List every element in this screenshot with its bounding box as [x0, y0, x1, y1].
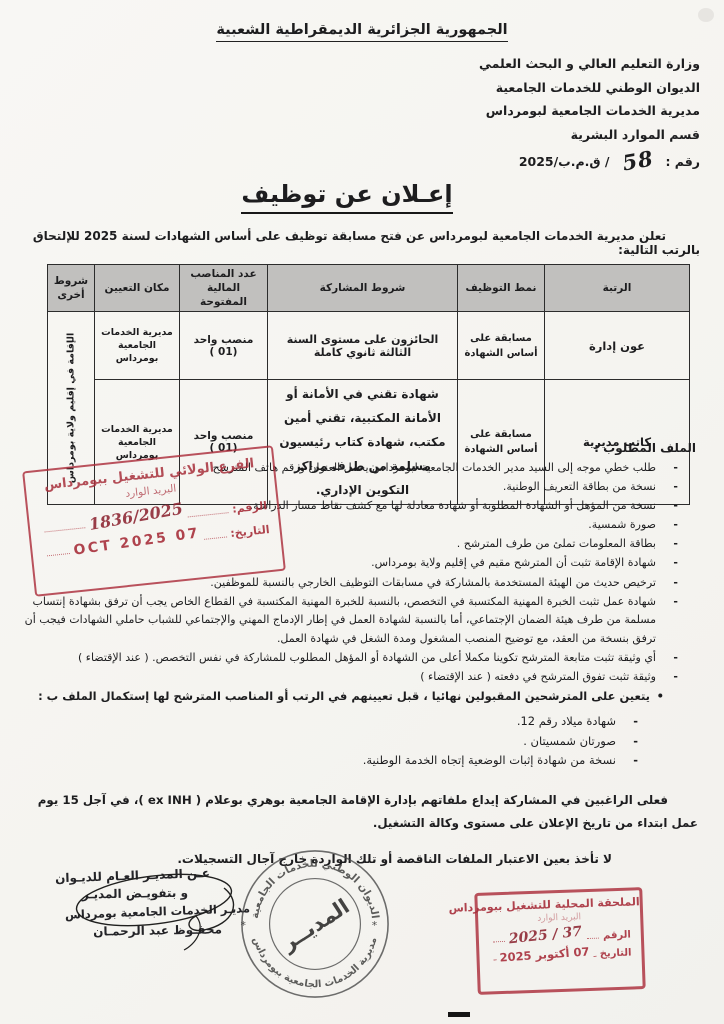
stamp-number-row: الرقم 37 / 2025 — [479, 924, 641, 946]
ref-suffix: / ق.م.ب/2025 — [519, 154, 610, 169]
stamp-date-label: التاريخ — [600, 948, 632, 960]
dotted-leader — [587, 938, 599, 939]
round-stamp-star-right: * — [372, 919, 378, 932]
header-rank: الرتبة — [545, 265, 690, 312]
director-round-stamp: الديوان الوطني للخدمات الجامعية مديرية ا… — [236, 845, 394, 1003]
signature-name: محفـوظ عبد الرحمـان — [38, 922, 222, 939]
ref-number-handwritten: 58 — [620, 146, 655, 175]
list-item: نسخة من شهادة إثبات الوضعية إتجاه الخدمة… — [20, 751, 664, 771]
final-requirements-heading: يتعين على المترشحين المقبولين نهائيا ، ق… — [20, 689, 664, 703]
header-location: مكان التعيين — [95, 265, 180, 312]
header-mode: نمط التوظيف — [458, 265, 545, 312]
rank-cell: عون إدارة — [545, 312, 690, 380]
page-mark — [448, 1012, 470, 1017]
list-item: وثيقة تثبت تفوق المترشح في دفعته ( عند ا… — [16, 668, 680, 687]
directorate-line: مديرية الخدمات الجامعية لبومرداس — [479, 99, 700, 123]
stamp-date-value: 07 أكتوبر 2025 — [499, 944, 590, 964]
incoming-mail-stamp-top: الفرع الولائي للتشغيل ببومرداس البريد ال… — [22, 445, 286, 597]
list-item: شهادة عمل تثبت الخبرة المهنية المكتسبة ف… — [16, 593, 680, 649]
stamp-number-label: الرقم — [603, 930, 631, 942]
list-item: صورتان شمسيتان . — [20, 732, 664, 752]
header-conditions: شروط المشاركة — [268, 265, 458, 312]
conditions-cell: الحائزون على مستوى السنة الثالثة ثانوي ك… — [268, 312, 458, 380]
positions-cell: منصب واحد (01 ) — [180, 312, 268, 380]
national-office-line: الديوان الوطني للخدمات الجامعية — [479, 76, 700, 100]
required-file-heading: الملف المطلوب : — [594, 441, 696, 455]
signature-block: عـن المديـر العـام للديـوان و بتفويـض ال… — [38, 869, 250, 938]
signature-line: و بتفويـض المديـر — [38, 886, 188, 903]
dotted-leader — [493, 941, 505, 942]
scan-smudge — [698, 8, 714, 22]
dotted-leader — [44, 527, 85, 532]
final-requirements-section: يتعين على المترشحين المقبولين نهائيا ، ق… — [20, 689, 664, 771]
deposit-paragraph: فعلى الراغبين في المشاركة إيداع ملفاتهم … — [26, 789, 698, 835]
dotted-leader — [188, 512, 229, 517]
dotted-leader — [594, 956, 596, 957]
header-other: شروط أخرى — [48, 265, 95, 312]
round-stamp-center-text: المديــر — [276, 894, 353, 956]
mode-cell: مسابقة على أساس الشهادة — [458, 312, 545, 380]
dotted-leader — [47, 553, 70, 556]
stamp-date-row: التاريخ 07 أكتوبر 2025 — [479, 944, 641, 964]
dotted-leader — [494, 959, 496, 960]
hr-department-line: قسم الموارد البشرية — [479, 123, 700, 147]
reference-number-line: رقم : 58 / ق.م.ب/2025 — [479, 147, 700, 174]
list-item: أي وثيقة تثبت متابعة المترشح تكوينا مكمل… — [16, 649, 680, 668]
location-cell: مديرية الخدمات الجامعية بومرداس — [95, 312, 180, 380]
stamp-number-label: الرقم: — [232, 499, 268, 516]
dotted-leader — [204, 536, 227, 539]
announcement-title: إعـلان عن توظيف — [0, 180, 694, 208]
table-row: عون إدارة مسابقة على أساس الشهادة الحائز… — [48, 312, 690, 380]
ref-label: رقم : — [665, 154, 700, 169]
round-stamp-star-left: * — [240, 919, 246, 932]
table-header-row: الرتبة نمط التوظيف شروط المشاركة عدد الم… — [48, 265, 690, 312]
signature-line: مديـر الخدمات الجامعية بومرداس — [38, 901, 250, 922]
republic-title: الجمهورية الجزائرية الديمقراطية الشعبية — [0, 22, 724, 38]
signature-line: عـن المديـر العـام للديـوان — [38, 866, 210, 886]
intro-paragraph: تعلن مديرية الخدمات الجامعية لبومرداس عن… — [14, 229, 700, 257]
stamp-number-handwritten: 37 / 2025 — [509, 924, 584, 948]
stamp-date-label: التاريخ: — [230, 523, 270, 540]
employment-annex-stamp: الملحقة المحلية للتشغيل ببومرداس البريد … — [474, 887, 645, 995]
document-page: الجمهورية الجزائرية الديمقراطية الشعبية … — [0, 0, 724, 1024]
list-item: شهادة ميلاد رقم 12. — [20, 712, 664, 732]
header-positions: عدد المناصب المالية المفتوحة — [180, 265, 268, 312]
ministry-line: وزارة التعليم العالي و البحث العلمي — [479, 52, 700, 76]
issuing-authority-block: وزارة التعليم العالي و البحث العلمي الدي… — [479, 52, 700, 174]
